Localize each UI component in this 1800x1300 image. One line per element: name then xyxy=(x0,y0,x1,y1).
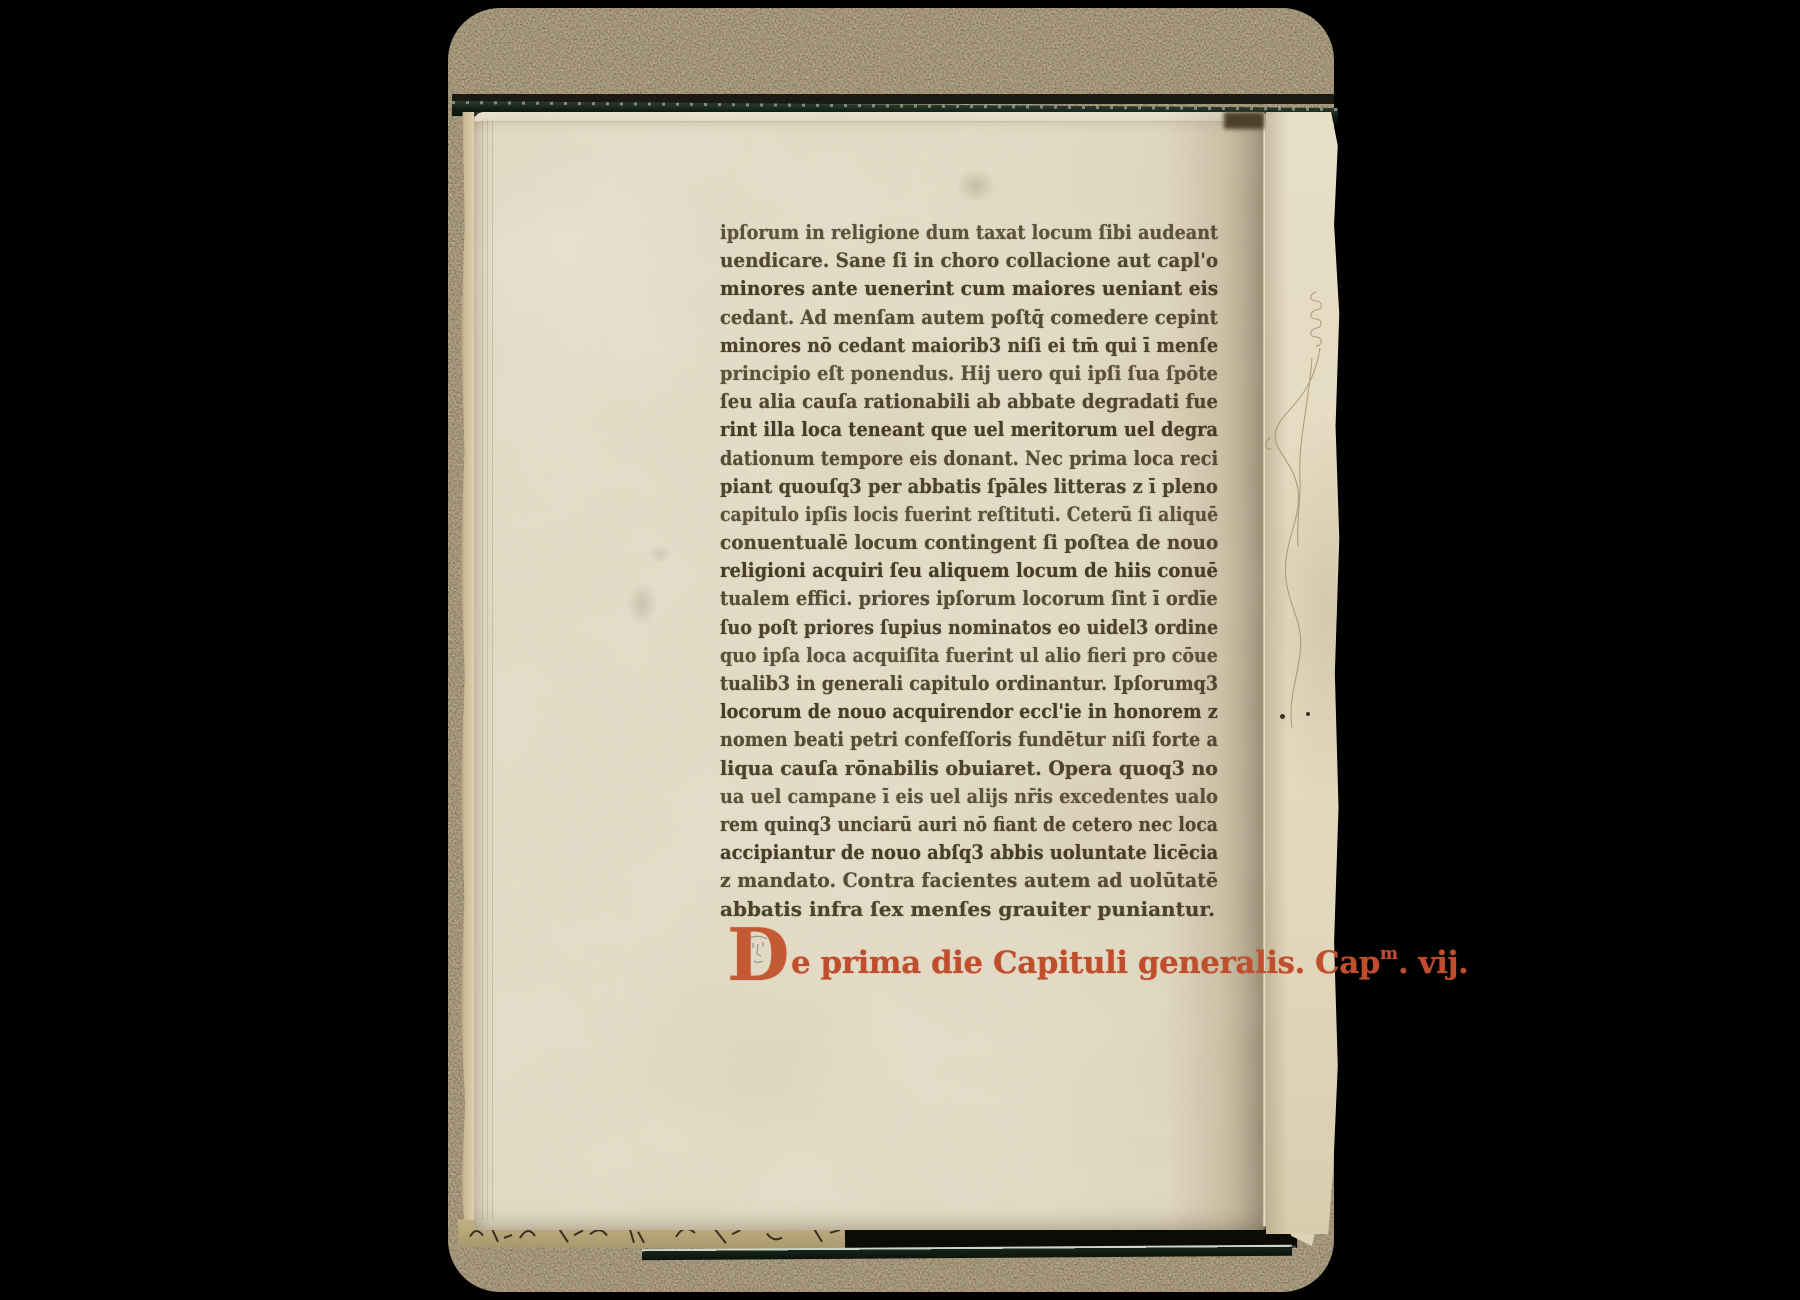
text-line: rem quinq3 unciarū auri nō fiant de cete… xyxy=(720,810,1218,838)
rubric-initial: D xyxy=(727,922,789,988)
pen-trials-squiggle xyxy=(1240,288,1344,758)
text-line: cedant. Ad menſam autem poſtq̄ comedere … xyxy=(720,303,1218,331)
text-line: religioni acquiri ſeu aliquem locum de h… xyxy=(720,556,1218,584)
chapter-rubric: D e prima die Capituli generalis. Capm. … xyxy=(727,926,1247,998)
doodle-face-icon xyxy=(744,934,774,970)
text-line: ſuo poſt priores ſupius nominatos eo uid… xyxy=(720,613,1218,641)
text-line: quo ipſa loca acquiſita fuerint ul alio … xyxy=(720,641,1218,669)
text-line: nomen beati petri confeſſoris fundētur n… xyxy=(720,725,1218,753)
text-line: tualib3 in generali capitulo ordinantur.… xyxy=(720,669,1218,697)
gutter-stain xyxy=(1224,112,1264,129)
text-line: capitulo ipſis locis fuerint reſtituti. … xyxy=(720,500,1218,528)
text-line: piant quouſq3 per abbatis ſpāles littera… xyxy=(720,472,1218,500)
text-line: minores nō cedant maiorib3 niſi ei tm̄ q… xyxy=(720,331,1218,359)
text-line: accipiantur de nouo abſq3 abbis uoluntat… xyxy=(720,838,1218,866)
text-line: locorum de nouo acquirendor eccl'ie in h… xyxy=(720,697,1218,725)
text-line: uendicare. Sane ſi in choro collacione a… xyxy=(720,246,1218,274)
photograph-stage: ipſorum in religione dum taxat locum ſib… xyxy=(0,0,1800,1300)
rubric-text: e prima die Capituli generalis. Capm. vi… xyxy=(791,944,1468,981)
rubric-text-main: e prima die Capituli generalis. Cap xyxy=(791,945,1380,981)
text-line: tualem effici. priores ipſorum locorum ſ… xyxy=(720,584,1218,612)
text-line: ſeu alia cauſa rationabili ab abbate deg… xyxy=(720,387,1218,415)
text-line: z mandato. Contra facientes autem ad uol… xyxy=(720,866,1218,894)
text-line: ua uel campane ī eis uel alijs nr̄is exc… xyxy=(720,782,1218,810)
text-line: conuentualē locum contingent ſi poſtea d… xyxy=(720,528,1218,556)
text-line: principio eſt ponendus. Hij uero qui ipſ… xyxy=(720,359,1218,387)
rubric-chapter-number: . vij. xyxy=(1398,945,1468,981)
text-line: dationum tempore eis donant. Nec prima l… xyxy=(720,444,1218,472)
text-line: abbatis infra ſex menſes grauiter punian… xyxy=(720,895,1218,923)
rubric-superscript: m xyxy=(1380,944,1398,964)
text-line: ipſorum in religione dum taxat locum ſib… xyxy=(720,218,1218,246)
text-line: liqua cauſa rōnabilis obuiaret. Opera qu… xyxy=(720,754,1218,782)
text-line: minores ante uenerint cum maiores uenian… xyxy=(720,274,1218,302)
text-block: ipſorum in religione dum taxat locum ſib… xyxy=(720,218,1218,923)
text-line: rint illa loca teneant que uel meritorum… xyxy=(720,415,1218,443)
